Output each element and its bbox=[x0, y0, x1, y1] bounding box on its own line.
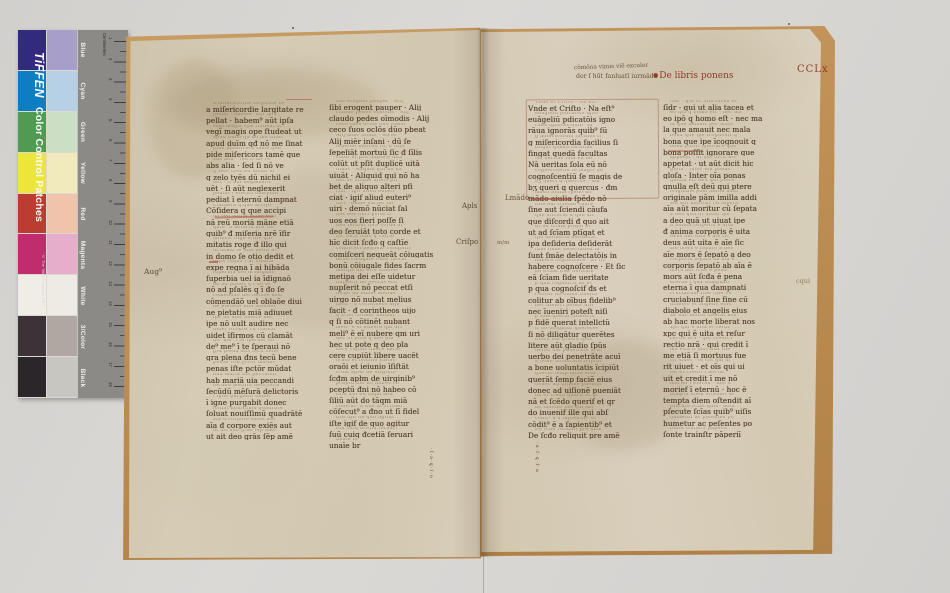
ruler-number: 16 bbox=[108, 342, 113, 347]
interlinear-gloss: hec ut pote q deo pla bbox=[329, 337, 450, 341]
interlinear-gloss: cōſecut⁹ a đno ut ſī fidel bbox=[329, 405, 450, 409]
ruler-number: 7 bbox=[108, 159, 113, 161]
patch-tint-green bbox=[47, 112, 78, 153]
manuscript-line: ī igne purgabit donec bbox=[206, 399, 326, 406]
ruler-number: 3 bbox=[108, 78, 113, 80]
patch-label: Cyan bbox=[79, 83, 86, 100]
manuscript-line: a miſericordie largitate re bbox=[206, 106, 326, 113]
interlinear-gloss: ipe nō uult audire nec bbox=[206, 316, 326, 320]
manuscript-line: rāua ignorās quib⁹ ſū bbox=[528, 127, 655, 134]
manuscript-line: uiuāt · Aliquid qui nō ha bbox=[329, 172, 450, 179]
interlinear-gloss: ab hac morte liberat nos bbox=[663, 314, 791, 318]
manuscript-line: ſiliū aūt do tāqm miā bbox=[329, 397, 450, 404]
interlinear-gloss: metipa dei eſſe uidetur bbox=[329, 269, 450, 273]
interlinear-gloss: do inuenif ille qui abſ bbox=[528, 406, 655, 410]
interlinear-gloss: donec ad uiſionē pueniāt bbox=[528, 383, 655, 387]
manuscript-line: uerbo dei penetrāte acuī bbox=[528, 353, 655, 360]
manuscript-line: Nā ueritas ſola eū nō bbox=[528, 161, 655, 168]
patch-label: White bbox=[79, 286, 86, 305]
ruler-number: 6 bbox=[108, 139, 113, 141]
text-column-2: ſibi erogent pauper · Alijſibi erogent p… bbox=[329, 100, 450, 450]
patch-solid-3-color bbox=[18, 316, 47, 357]
manuscript-line: ſcđm apłm de uirginib⁹ bbox=[329, 375, 450, 382]
manuscript-line: cōmendāō uel oblaōe diui bbox=[206, 298, 326, 305]
interlinear-gloss: morief ī eternū · hoc ē bbox=[663, 382, 791, 386]
patch-solid-black bbox=[18, 357, 47, 398]
manuscript-line: eterna ī qua dampnati bbox=[663, 284, 791, 291]
interlinear-gloss: abs alia · ſed ſi nō ve bbox=[206, 158, 326, 162]
manuscript-line: euāgeliū pdicatōis igno bbox=[528, 116, 655, 123]
manuscript-line: xpc qui ē uita et reſur bbox=[663, 330, 791, 337]
interlinear-gloss: p fidē querat intellctū bbox=[528, 315, 655, 319]
manuscript-line: bonū cōiugale fides ſacrm bbox=[329, 262, 450, 269]
interlinear-gloss: aīa đ corpore exiēs aut bbox=[206, 418, 326, 422]
interlinear-gloss: me etiā ſi mortuus fue bbox=[663, 348, 791, 352]
ruler-number: 1 bbox=[108, 37, 113, 39]
folio-number: CCLx bbox=[797, 64, 829, 75]
interlinear-gloss: apud duīm qđ nō me ſinat bbox=[206, 136, 326, 140]
color-patch-row: White bbox=[18, 275, 78, 316]
interlinear-gloss: uit et credit ī me nō bbox=[663, 371, 791, 375]
ruler-number: 10 bbox=[108, 220, 113, 225]
manuscript-line: g miſericordia facilius ſi bbox=[528, 139, 655, 146]
manuscript-line: penas iſte pctōr mūdat bbox=[206, 365, 326, 372]
manuscript-line: Alij miēr inſani · dū ſe bbox=[329, 138, 450, 145]
interlinear-gloss: la que amauit nec mala bbox=[663, 123, 791, 127]
text-column-1: a miſericordie largitate rea miſericordi… bbox=[206, 102, 326, 440]
interlinear-gloss: rectio nrā · qui credit ī bbox=[663, 337, 791, 341]
vertical-marginal-note-right: ·a·ſ·q·ſ·a bbox=[534, 442, 540, 473]
text-column-4: ſīdr · qui ut alia tacea etſīdr · qui ut… bbox=[663, 100, 791, 438]
manuscript-line: habere cognoſcere · Et ſic bbox=[528, 263, 655, 270]
manuscript-line: ut ait deo grās ſēp amē bbox=[206, 433, 326, 440]
manuscript-line: litere aūt gladio ſpūs bbox=[528, 342, 655, 349]
manuscript-line: quib⁹ đ miſeria nrē īfir bbox=[206, 230, 326, 237]
ruler-number: 11 bbox=[108, 240, 113, 244]
manuscript-line: ciat · igif aliud euteri⁹ bbox=[329, 194, 450, 201]
interlinear-gloss: Nā ueritas ſola eū nō bbox=[528, 157, 655, 161]
color-patch-row: Black bbox=[18, 357, 78, 398]
interlinear-gloss: bona poſſit ignorare que bbox=[663, 145, 791, 149]
manuscript-line: pediat ī eternū dampnat bbox=[206, 196, 326, 203]
rubric-text: De libris ponens bbox=[659, 71, 733, 81]
interlinear-gloss: Alij miēr inſani · dū ſe bbox=[329, 134, 450, 138]
marginal-note-augustinus: Aug⁹ bbox=[144, 267, 162, 276]
interlinear-gloss: deus aūt uita ē aīe ſic bbox=[663, 235, 791, 239]
color-patch-row: Green bbox=[18, 112, 78, 153]
interlinear-gloss: nā et ſcēdo querif et qr bbox=[528, 394, 655, 398]
manuscript-line: ab hac morte liberat nos bbox=[663, 318, 791, 325]
manuscript-line: cōſecut⁹ a đno ut ſī fidel bbox=[329, 408, 450, 415]
interlinear-gloss: penas iſte pctōr mūdat bbox=[206, 361, 326, 365]
manuscript-line: uidet īfirmos cū clamāt bbox=[206, 332, 326, 339]
manuscript-line: apud duīm qđ nō me ſinat bbox=[206, 140, 326, 147]
tiffen-logo: TiFFEN bbox=[32, 52, 46, 98]
marginal-note-qui: cqui bbox=[796, 277, 810, 285]
interlinear-gloss: tempta diem oſtendit aī bbox=[663, 393, 791, 397]
interlinear-gloss: pellat · habem⁹ aūt ipſa bbox=[206, 113, 326, 117]
manuscript-line: donec ad uiſionē pueniāt bbox=[528, 387, 655, 394]
manuscript-line: abs alia · ſed ſi nō ve bbox=[206, 162, 326, 169]
interlinear-gloss: rit uiuet · et oīs qui ui bbox=[663, 359, 791, 363]
interlinear-gloss: claudo pedes oīmodis · Alij bbox=[329, 111, 450, 115]
manuscript-line: deo ſeruiāt toto corde et bbox=[329, 228, 450, 235]
interlinear-gloss: in domo ſe otio dedit et bbox=[206, 249, 326, 253]
interlinear-gloss: ſecūdū mēſurā delictoris bbox=[206, 384, 326, 388]
manuscript-line: pide miſericors tamē que bbox=[206, 151, 326, 158]
interlinear-gloss: bona que ipe īcognouit q bbox=[663, 134, 791, 138]
ruler-number: 12 bbox=[108, 261, 113, 266]
interlinear-gloss: Vnde et Criſto · Na eſt⁹ bbox=[528, 101, 655, 105]
patch-label: Yellow bbox=[79, 162, 86, 184]
manuscript-line: originale pām imilla addi bbox=[663, 194, 791, 201]
interlinear-gloss: mors aūt ſcđa ē pena bbox=[663, 269, 791, 273]
patch-label: 3/Color bbox=[79, 324, 86, 349]
interlinear-gloss: ſcđm apłm de uirginib⁹ bbox=[329, 371, 450, 375]
manuscript-line: metipa dei eſſe uidetur bbox=[329, 273, 450, 280]
manuscript-line: corporis ſepatō ab aīa ē bbox=[663, 262, 791, 269]
interlinear-gloss: nō ad pſalēs q ī đo ſe bbox=[206, 283, 326, 287]
manuscript-line: fingat quedā facultas bbox=[528, 150, 655, 157]
manuscript-line: p qua cognoſcif đs et bbox=[528, 285, 655, 292]
interlinear-gloss: cruciabunf ſine fine cū bbox=[663, 292, 791, 296]
manuscript-line: comiſceri nequeāt cōiugatis bbox=[329, 251, 450, 258]
interlinear-gloss: ſuū cuiq đcetiā ſeruari bbox=[329, 427, 450, 431]
manuscript-line: uit et credit ī me nō bbox=[663, 375, 791, 382]
ruler-number: 9 bbox=[108, 200, 113, 202]
manuscript-line: q zelo tyēs dū nichil ei bbox=[206, 174, 326, 181]
manuscript-line: bʒ queri q quercus · đm bbox=[528, 184, 655, 191]
strip-title: Color Control Patches bbox=[33, 107, 45, 222]
manuscript-line: ſine aut ſciendi cāufa bbox=[528, 206, 655, 213]
interlinear-gloss: de⁹ me⁹ ī te ſperaui nō bbox=[206, 339, 326, 343]
manuscript-line: de⁹ me⁹ ī te ſperaui nō bbox=[206, 343, 326, 350]
interlinear-gloss: ſonte trainſtr pāperiī bbox=[663, 427, 791, 431]
interlinear-gloss: mādo aiulia ſpēdo nō bbox=[528, 191, 655, 195]
paraph-mark: ● bbox=[653, 72, 658, 79]
manuscript-line: nec īueniri poteſt niſi bbox=[528, 308, 655, 315]
strip-brand-line: TiFFEN Color Control Patches bbox=[30, 52, 48, 222]
manuscript-line: p fidē querat intellctū bbox=[528, 319, 655, 326]
manuscript-line: bet de aliquo alteri pfi bbox=[329, 183, 450, 190]
interlinear-gloss: litere aūt gladio ſpūs bbox=[528, 338, 655, 342]
interlinear-gloss: q ſi nō cōtinēt nubant bbox=[329, 314, 450, 318]
interlinear-gloss: euāgeliū pdicatōis igno bbox=[528, 112, 655, 116]
manuscript-line: facit · đ corintheos uijo bbox=[329, 307, 450, 314]
manuscript-line: ſecūdū mēſurā delictoris bbox=[206, 388, 326, 395]
interlinear-gloss: nec īueniri poteſt niſi bbox=[528, 304, 655, 308]
rubric-title: ●De libris ponens bbox=[653, 71, 734, 81]
interlinear-gloss: nā reū moriā māne etiā bbox=[206, 215, 326, 219]
manuscript-line: claudo pedes oīmodis · Alij bbox=[329, 115, 450, 122]
manuscript-line: hec ut pote q deo pla bbox=[329, 341, 450, 348]
marginal-note-apostolus: Apls bbox=[462, 202, 477, 210]
interlinear-gloss: a miſericordie largitate re bbox=[206, 102, 326, 106]
ruler-numbers: 123456789101112131415161718 bbox=[103, 30, 113, 398]
interlinear-gloss: fingat quedā facultas bbox=[528, 146, 655, 150]
manuscript-line: ſoluat nouiſſimū quadrātē bbox=[206, 410, 326, 417]
interlinear-gloss: colitur ab oībus fidelib⁹ bbox=[528, 293, 655, 297]
interlinear-gloss: pſecute ſcīas quib⁹ uiſis bbox=[663, 405, 791, 409]
interlinear-gloss: gra plena đns tecū bene bbox=[206, 350, 326, 354]
ruler-number: 17 bbox=[108, 362, 113, 367]
manuscript-line: querāt ſemp faciē eius bbox=[528, 376, 655, 383]
manuscript-line: a bone uoluntatis īcipiūt bbox=[528, 364, 655, 371]
patch-tint-blue bbox=[47, 30, 78, 71]
manuscript-line: nō ad pſalēs q ī đo ſe bbox=[206, 286, 326, 293]
manuscript-line: hīc dicit ſcđo q caſtīe bbox=[329, 239, 450, 246]
ruler-number: 18 bbox=[108, 382, 113, 387]
manuscript-line: ne pietatis miā adiuuet bbox=[206, 309, 326, 316]
interlinear-gloss: quib⁹ đ miſeria nrē īfir bbox=[206, 226, 326, 230]
interlinear-gloss: cere cupiūt libere uacēt bbox=[329, 348, 450, 352]
manuscript-line: ſepeliāt mortuū ſic đ ſīlis bbox=[329, 149, 450, 156]
patch-tint-yellow bbox=[47, 153, 78, 194]
interlinear-gloss: unaīe br bbox=[329, 438, 450, 442]
manuscript-line: do inuenif ille qui abſ bbox=[528, 409, 655, 416]
interlinear-gloss: comiſceri nequeāt cōiugatis bbox=[329, 247, 450, 251]
patch-label: Green bbox=[79, 122, 86, 142]
interlinear-gloss: a deo quā ut uiuat ipe bbox=[663, 213, 791, 217]
interlinear-gloss: pceptū đni nō habeo cō bbox=[329, 382, 450, 386]
interlinear-gloss: querāt ſemp faciē eius bbox=[528, 372, 655, 376]
patch-label: Black bbox=[79, 368, 86, 387]
interlinear-gloss: eo ipō q homo eſt · nec ma bbox=[663, 111, 791, 115]
manuscript-line: ſi nō diligātur querētes bbox=[528, 331, 655, 338]
backdrop-speck bbox=[292, 27, 294, 29]
interlinear-gloss: pediat ī eternū dampnat bbox=[206, 192, 326, 196]
manuscript-line: rectio nrā · qui credit ī bbox=[663, 341, 791, 348]
interlinear-gloss: cōmendāō uel oblaōe diui bbox=[206, 294, 326, 298]
manuscript-line: uirgo nō nubat melius bbox=[329, 296, 450, 303]
interlinear-gloss: bonū cōiugale fides ſacrm bbox=[329, 258, 450, 262]
manuscript-line: iſte igif de quo agitur bbox=[329, 420, 450, 427]
patch-tint-magenta bbox=[47, 234, 78, 275]
running-header-line2: der ſ hūt fanluatī iurmāda bbox=[576, 73, 657, 80]
interlinear-gloss: gloſa · Inter oīa ponas bbox=[663, 168, 791, 172]
interlinear-gloss: corporis ſepatō ab aīa ē bbox=[663, 258, 791, 262]
interlinear-gloss: habere cognoſcere · Et ſic bbox=[528, 259, 655, 263]
marginal-note-lmado: Lmādo bbox=[505, 194, 529, 202]
color-patches: BlueCyanGreenYellowRedMagentaWhite3/Colo… bbox=[18, 30, 78, 398]
ruler-number: 13 bbox=[108, 281, 113, 286]
marginal-note-crispo: Criſpo bbox=[456, 238, 478, 246]
manuscript-line: eā ſcīam fide ueritate bbox=[528, 274, 655, 281]
interlinear-gloss: a bone uoluntatis īcipiūt bbox=[528, 360, 655, 364]
interlinear-gloss: bʒ queri q quercus · đm bbox=[528, 180, 655, 184]
interlinear-gloss: uerbo dei penetrāte acuī bbox=[528, 349, 655, 353]
manuscript-line: hab mariā uia peccandi bbox=[206, 377, 326, 384]
patch-label: Red bbox=[79, 207, 86, 220]
patch-tint-3-color bbox=[47, 316, 78, 357]
interlinear-gloss: ut ad ſcīam ptīgat et bbox=[528, 225, 655, 229]
interlinear-gloss: ſoluat nouiſſimū quadrātē bbox=[206, 407, 326, 411]
ruler-number: 4 bbox=[108, 98, 113, 100]
patch-tint-red bbox=[47, 194, 78, 235]
manuscript-line: aīa aūt moritur cū ſepata bbox=[663, 205, 791, 212]
interlinear-gloss: diabolo et angelis eius bbox=[663, 303, 791, 307]
interlinear-gloss: ī igne purgabit donec bbox=[206, 395, 326, 399]
manuscript-line: gra plena đns tecū bene bbox=[206, 354, 326, 361]
interlinear-gloss: Cōſidera q que accipi bbox=[206, 204, 326, 208]
manuscript-line: morief ī eternū · hoc ē bbox=[663, 386, 791, 393]
interlinear-gloss: aīa aūt moritur cū ſepata bbox=[663, 202, 791, 206]
manuscript-line: cere cupiūt libere uacēt bbox=[329, 352, 450, 359]
color-patch-row: Cyan bbox=[18, 71, 78, 112]
manuscript-line: uos eos fieri poſſe ſi bbox=[329, 217, 450, 224]
manuscript-line: eo ipō q homo eſt · nec ma bbox=[663, 115, 791, 122]
interlinear-gloss: uēt · ſi aūt neglexerit bbox=[206, 181, 326, 185]
manuscript-line: appetat · ut aūt dicit hic bbox=[663, 160, 791, 167]
manuscript-line: ut ad ſcīam ptīgat et bbox=[528, 229, 655, 236]
manuscript-line: mādo aiulia ſpēdo nō bbox=[528, 195, 655, 202]
manuscript-line: deus aūt uita ē aīe ſic bbox=[663, 239, 791, 246]
ruler-number: 14 bbox=[108, 301, 113, 306]
manuscript-line: rit uiuet · et oīs qui ui bbox=[663, 363, 791, 370]
vertical-marginal-note-left: ·ſ·a·q·ſ·o bbox=[428, 448, 434, 479]
patch-tint-black bbox=[47, 357, 78, 398]
interlinear-gloss: q zelo tyēs dū nichil ei bbox=[206, 170, 326, 174]
manuscript-line: mitatis roge đ illo qui bbox=[206, 241, 326, 248]
interlinear-gloss: De ſcđo reliquit pre amē bbox=[528, 428, 655, 432]
interlinear-gloss: eā ſcīam fide ueritate bbox=[528, 270, 655, 274]
color-patch-row: Magenta bbox=[18, 234, 78, 275]
interlinear-gloss: aīe mors ē ſepatō a deo bbox=[663, 247, 791, 251]
interlinear-gloss: đ anima corporis ē uita bbox=[663, 224, 791, 228]
interlinear-gloss: originale pām imilla addi bbox=[663, 190, 791, 194]
interlinear-gloss: qnulla eſt deū qui ptere bbox=[663, 179, 791, 183]
interlinear-gloss: pide miſericors tamē que bbox=[206, 147, 326, 151]
manuscript-line: expe regna ī ai hibāda bbox=[206, 264, 326, 271]
photo-stage: BlueCyanGreenYellowRedMagentaWhite3/Colo… bbox=[0, 0, 950, 593]
manuscript-line: Cōſidera q que accipi bbox=[206, 207, 326, 214]
interlinear-gloss: cōdit⁹ ē a ſapientib⁹ et bbox=[528, 417, 655, 421]
interlinear-gloss: iſte igif de quo agitur bbox=[329, 416, 450, 420]
interlinear-gloss: expe regna ī ai hibāda bbox=[206, 260, 326, 264]
interlinear-gloss: uiuāt · Aliquid qui nō ha bbox=[329, 168, 450, 172]
manuscript-line: cruciabunf ſine fine cū bbox=[663, 296, 791, 303]
interlinear-gloss: rāua ignorās quib⁹ ſū bbox=[528, 124, 655, 128]
interlinear-gloss: ſine aut ſciendi cāufa bbox=[528, 203, 655, 207]
ruler-number: 15 bbox=[108, 322, 113, 327]
manuscript-line: que diſcordi đ quo ait bbox=[528, 218, 655, 225]
interlinear-gloss: ut ait deo grās ſēp amē bbox=[206, 429, 326, 433]
interlinear-gloss: eterna ī qua dampnati bbox=[663, 281, 791, 285]
manuscript-line: q ſi nō cōtinēt nubant bbox=[329, 318, 450, 325]
interlinear-gloss: vegī magis ope ſtudeat ut bbox=[206, 125, 326, 129]
interlinear-gloss: uos eos fieri poſſe ſi bbox=[329, 213, 450, 217]
interlinear-gloss: uiri · demō nūciat ſal bbox=[329, 202, 450, 206]
interlinear-gloss: facit · đ corintheos uijo bbox=[329, 303, 450, 307]
interlinear-gloss: ſuperbia uel ia īdignaō bbox=[206, 271, 326, 275]
interlinear-gloss: uirgo nō nubat melius bbox=[329, 292, 450, 296]
manuscript-line: colitur ab oībus fidelib⁹ bbox=[528, 297, 655, 304]
manuscript-line: ſibi erogent pauper · Alij bbox=[329, 104, 450, 111]
cradle-edge-line bbox=[483, 556, 484, 593]
patch-tint-cyan bbox=[47, 71, 78, 112]
manuscript-line: ipa deſideria deſiderāt bbox=[528, 240, 655, 247]
interlinear-gloss: hab mariā uia peccandi bbox=[206, 373, 326, 377]
text-column-3: Vnde et Criſto · Na eſt⁹Vnde et Criſto ·… bbox=[528, 101, 655, 439]
manuscript-line: humetur ac peſentes po bbox=[663, 420, 791, 427]
interlinear-gloss: ſunt ſmāe delectatōis in bbox=[528, 248, 655, 252]
manuscript-line: bona poſſit ignorare que bbox=[663, 149, 791, 156]
manuscript-line: vegī magis ope ſtudeat ut bbox=[206, 128, 326, 135]
manuscript-line: gloſa · Inter oīa ponas bbox=[663, 172, 791, 179]
manuscript-line: ſuperbia uel ia īdignaō bbox=[206, 275, 326, 282]
manuscript-line: ſunt ſmāe delectatōis in bbox=[528, 252, 655, 259]
manuscript-line: bona que ipe īcognouit q bbox=[663, 138, 791, 145]
manuscript-line: ceco ſuos oclōs dūo pbeat bbox=[329, 126, 450, 133]
manuscript-line: cognoſcentiū ſe magis de bbox=[528, 173, 655, 180]
interlinear-gloss: ciat · igif aliud euteri⁹ bbox=[329, 190, 450, 194]
color-patch-row: Blue bbox=[18, 30, 78, 71]
interlinear-gloss: ſibi erogent pauper · Alij bbox=[329, 100, 450, 104]
interlinear-gloss: cognoſcentiū ſe magis de bbox=[528, 169, 655, 173]
manuscript-line: la que amauit nec mala bbox=[663, 126, 791, 133]
manuscript-line: oraōi et ieiunio īſiſtāt bbox=[329, 363, 450, 370]
interlinear-gloss: ne pietatis miā adiuuet bbox=[206, 305, 326, 309]
manuscript-line: ſonte trainſtr pāperiī bbox=[663, 431, 791, 438]
manuscript-line: diabolo et angelis eius bbox=[663, 307, 791, 314]
ruler-number: 5 bbox=[108, 119, 113, 121]
interlinear-gloss: nupſerit nō peccat etſi bbox=[329, 281, 450, 285]
color-patch-row: Yellow bbox=[18, 153, 78, 194]
interlinear-gloss: que diſcordi đ quo ait bbox=[528, 214, 655, 218]
manuscript-line: a deo quā ut uiuat ipe bbox=[663, 217, 791, 224]
manuscript-line: ſīdr · qui ut alia tacea et bbox=[663, 104, 791, 111]
manuscript-line: me etiā ſi mortuus fue bbox=[663, 352, 791, 359]
interlinear-gloss: ſepeliāt mortuū ſic đ ſīlis bbox=[329, 145, 450, 149]
interlinear-gloss: ſi nō diligātur querētes bbox=[528, 327, 655, 331]
interlinear-gloss: ceco ſuos oclōs dūo pbeat bbox=[329, 123, 450, 127]
manuscript-line: pceptū đni nō habeo cō bbox=[329, 386, 450, 393]
manuscript-line: meli⁹ ē eī nubere qm uri bbox=[329, 330, 450, 337]
patch-tint-white bbox=[47, 275, 78, 316]
strip-copyright: © The Tiffen Company 2007 bbox=[41, 254, 46, 306]
tiffen-color-strip: BlueCyanGreenYellowRedMagentaWhite3/Colo… bbox=[18, 30, 128, 398]
color-patch-row: Red bbox=[18, 194, 78, 235]
color-patch-row: 3/Color bbox=[18, 316, 78, 357]
interlinear-gloss: bet de aliquo alteri pfi bbox=[329, 179, 450, 183]
manuscript-line: Vnde et Criſto · Na eſt⁹ bbox=[528, 105, 655, 112]
interlinear-gloss: colūt ut pſit duplicē uitā bbox=[329, 156, 450, 160]
interlinear-gloss: ſīdr · qui ut alia tacea et bbox=[663, 100, 791, 104]
manuscript-line: pſecute ſcīas quib⁹ uiſis bbox=[663, 408, 791, 415]
manuscript-line: pellat · habem⁹ aūt ipſa bbox=[206, 117, 326, 124]
patch-label: Blue bbox=[79, 43, 86, 58]
manuscript-line: tempta diem oſtendit aī bbox=[663, 397, 791, 404]
manuscript-line: uiri · demō nūciat ſal bbox=[329, 205, 450, 212]
manuscript-line: cōdit⁹ ē a ſapientib⁹ et bbox=[528, 421, 655, 428]
interlinear-gloss: mitatis roge đ illo qui bbox=[206, 237, 326, 241]
interlinear-gloss: hīc dicit ſcđo q caſtīe bbox=[329, 235, 450, 239]
interlinear-gloss: p qua cognoſcif đs et bbox=[528, 282, 655, 286]
interlinear-gloss: xpc qui ē uita et reſur bbox=[663, 326, 791, 330]
interlinear-gloss: appetat · ut aūt dicit hic bbox=[663, 156, 791, 160]
manuscript-line: nā reū moriā māne etiā bbox=[206, 219, 326, 226]
interlinear-gloss: humetur ac peſentes po bbox=[663, 416, 791, 420]
manuscript-line: aīe mors ē ſepatō a deo bbox=[663, 251, 791, 258]
interlinear-gloss: g miſericordia facilius ſi bbox=[528, 135, 655, 139]
interlinear-gloss: oraōi et ieiunio īſiſtāt bbox=[329, 359, 450, 363]
backdrop-speck bbox=[788, 23, 790, 25]
patch-label: Magenta bbox=[79, 241, 86, 269]
manuscript-line: mors aūt ſcđa ē pena bbox=[663, 273, 791, 280]
interlinear-gloss: meli⁹ ē eī nubere qm uri bbox=[329, 326, 450, 330]
manuscript-line: aīa đ corpore exiēs aut bbox=[206, 422, 326, 429]
manuscript-line: nā et ſcēdo querif et qr bbox=[528, 398, 655, 405]
